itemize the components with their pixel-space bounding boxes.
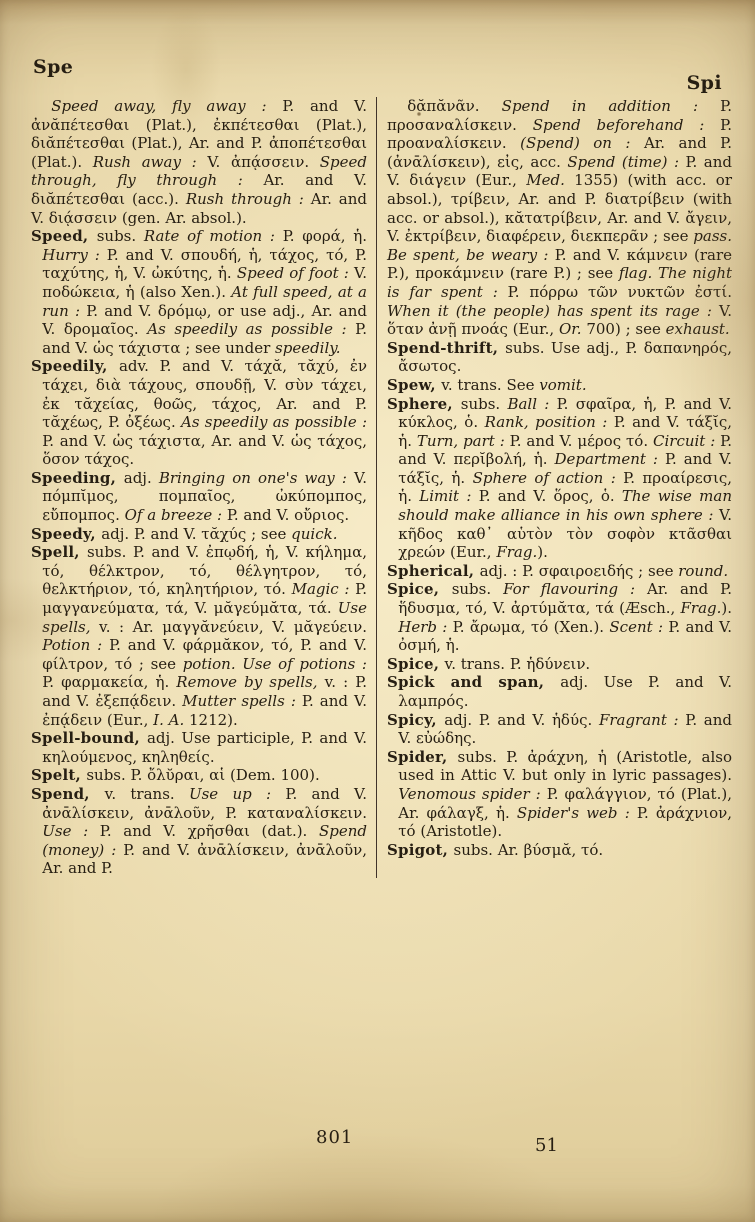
roman-text: P. — [42, 673, 61, 691]
greek-text: εὐώδης. — [416, 729, 476, 747]
greek-text: φαλάγγιον, τό — [565, 785, 681, 803]
greek-text: ὡς τάχιστα, — [112, 432, 211, 450]
roman-text: adj. — [124, 469, 159, 487]
roman-text: P. — [225, 804, 247, 822]
roman-text: P. and V. — [86, 302, 158, 320]
english-gloss: Potion : — [42, 636, 109, 654]
english-gloss: Department : — [554, 450, 665, 468]
roman-text: (dat.). — [262, 822, 319, 840]
english-gloss: Spend in addition : — [502, 97, 721, 115]
greek-text: ὄλῠραι, αἱ — [147, 766, 230, 784]
dictionary-entry: Spice, subs. For flavouring : Ar. and P.… — [387, 580, 732, 654]
entry-continuation: δᾰπᾰνᾶν. Spend in addition : P. προσαναλ… — [387, 97, 732, 339]
dictionary-entry: Spice, v. trans. P. ἡδύνειν. — [387, 655, 732, 674]
roman-text: subs. — [97, 227, 144, 245]
greek-text: ἐπᾴδειν — [42, 711, 107, 729]
english-gloss: Venomous spider : — [398, 785, 546, 803]
roman-text: P. — [720, 116, 732, 134]
greek-text: ὀξέως. — [125, 413, 181, 431]
roman-text: 1212). — [189, 711, 238, 729]
english-gloss: (Spend) on : — [520, 134, 644, 152]
roman-text: P. and V. — [664, 395, 732, 413]
greek-text: τᾰχέως, — [42, 413, 108, 431]
greek-text: ἀνᾱλίσκειν — [393, 153, 480, 171]
greek-text: ἄγειν, — [685, 209, 732, 227]
dictionary-entry: Speeding, adj. Bringing on one's way : V… — [31, 469, 367, 525]
english-gloss: Spider's web : — [517, 804, 637, 822]
english-gloss: Be spent, be weary : — [387, 246, 555, 264]
entry-continuation: Speed away, fly away : P. and V. ἀνᾰπέτε… — [31, 97, 367, 227]
greek-text: οὔριος. — [294, 506, 349, 524]
greek-text: μαγγανεύματα, τά, — [42, 599, 194, 617]
english-gloss: Or. — [559, 320, 586, 338]
roman-text: P. and V. — [555, 246, 627, 264]
roman-text: Ar. and P. — [519, 190, 605, 208]
roman-text: 700) ; see — [586, 320, 665, 338]
roman-text: P. and V. — [42, 432, 112, 450]
headword: Spell-bound, — [31, 729, 147, 747]
roman-text: P. — [508, 283, 530, 301]
greek-text: τρίβειν, — [451, 190, 519, 208]
roman-text: V. — [719, 302, 732, 320]
left-column: Speed away, fly away : P. and V. ἀνᾰπέτε… — [31, 97, 377, 878]
greek-text: σφαῖρα, ἡ, — [576, 395, 665, 413]
english-gloss: Speed away, fly away : — [51, 97, 282, 115]
greek-text: ἐκπέτεσθαι — [213, 116, 316, 134]
english-gloss: vomit. — [539, 376, 586, 394]
roman-text: P. — [547, 785, 565, 803]
greek-text: ὀσμή, ἡ. — [398, 636, 459, 654]
english-gloss: Med. — [526, 171, 574, 189]
roman-text: P. and V. — [107, 246, 181, 264]
english-gloss: flag. — [619, 264, 658, 282]
greek-text: σπουδή, ἡ, τάχος, τό, — [181, 246, 355, 264]
roman-text: P. — [453, 618, 470, 636]
roman-text: adj. Use P. and V. — [560, 673, 732, 691]
roman-text: acc. — [530, 153, 567, 171]
headword: Spelt, — [31, 766, 86, 784]
greek-text: προαναλίσκειν. — [387, 134, 520, 152]
roman-text: subs. Ar. — [454, 841, 524, 859]
roman-text: ). — [721, 599, 732, 617]
roman-text: (Eur., — [450, 543, 496, 561]
roman-text: subs. Use adj., P. — [505, 339, 644, 357]
headword: Spicy, — [387, 711, 444, 729]
english-gloss: Limit : — [419, 487, 478, 505]
dictionary-entry: Spider, subs. P. ἀράχνη, ἡ (Aristotle, a… — [387, 748, 732, 841]
roman-text: (Aristotle). — [420, 822, 502, 840]
greek-text: διᾰπέτεσθαι — [31, 134, 131, 152]
greek-text: κῆδος καθ᾽ αὑτὸν τὸν σοφὸν κτᾶσθαι χρεών — [398, 525, 732, 562]
signature-mark: 51 — [535, 1135, 558, 1156]
headword: Speedily, — [31, 357, 119, 375]
english-gloss: Use : — [42, 822, 100, 840]
greek-text: ταχύτης, ἡ, — [42, 264, 133, 282]
greek-text: λαμπρός. — [398, 692, 468, 710]
dictionary-entry: Speed, subs. Rate of motion : P. φορά, ἡ… — [31, 227, 367, 357]
headword: Spick and span, — [387, 673, 560, 691]
roman-text: V. — [493, 599, 511, 617]
roman-text: see — [663, 227, 693, 245]
roman-text: (Eur., — [513, 320, 559, 338]
roman-text: adj. P. and V. — [101, 525, 201, 543]
english-gloss: Ball : — [507, 395, 556, 413]
english-gloss: speedily. — [275, 339, 341, 357]
greek-text: σφαιροειδής ; — [539, 562, 648, 580]
english-gloss: quick. — [291, 525, 337, 543]
roman-text: Ar. and P. — [276, 395, 367, 413]
greek-text: φάρμᾰκον, τό, — [183, 636, 300, 654]
headword: Speed, — [31, 227, 97, 245]
roman-text: P. — [637, 804, 656, 822]
headword: Spherical, — [387, 562, 480, 580]
headword: Spell, — [31, 543, 87, 561]
dictionary-entry: Speedily, adv. P. and V. τάχᾰ, τᾰχύ, ἐν … — [31, 357, 367, 469]
roman-text: v. : Ar. — [99, 618, 162, 636]
roman-text: P. and V. — [227, 506, 294, 524]
roman-text: (Æsch., — [619, 599, 680, 617]
greek-text: ὡς τάχιστα ; — [93, 339, 195, 357]
roman-text: P. and V. — [100, 822, 188, 840]
headword: Spider, — [387, 748, 458, 766]
roman-text: (Plat.), — [146, 116, 213, 134]
headword: Spend-thrift, — [387, 339, 505, 357]
greek-text: δᾰπᾰνᾶν. — [407, 97, 501, 115]
roman-text: P. and V. — [123, 841, 197, 859]
roman-text: Ar. and V. — [263, 171, 367, 189]
headword: Speeding, — [31, 469, 124, 487]
roman-text: V. — [272, 618, 294, 636]
english-gloss: Of a breeze : — [125, 506, 227, 524]
greek-text: ἀπᾴσσειν. — [231, 153, 320, 171]
page-body: Speed away, fly away : P. and V. ἀνᾰπέτε… — [31, 97, 733, 878]
roman-text: Ar. and P. — [42, 859, 113, 877]
running-head-left: Spe — [33, 56, 73, 78]
roman-text: V. — [264, 376, 285, 394]
greek-text: ἐκτρίβειν, διαφέρειν, διεκπερᾶν ; — [405, 227, 663, 245]
greek-text: πόρρω τῶν νυκτῶν ἐστί. — [529, 283, 732, 301]
dictionary-entry: Spigot, subs. Ar. βύσμᾰ, τό. — [387, 841, 732, 860]
roman-text: (gen. Ar. absol.). — [122, 209, 247, 227]
english-gloss: Bringing on one's way : — [159, 469, 354, 487]
roman-text: P. and V. — [285, 785, 367, 803]
english-gloss: Mutter spells : — [182, 692, 302, 710]
english-gloss: Rank, position : — [485, 413, 614, 431]
greek-text: φαρμακεία, ἡ. — [61, 673, 176, 691]
headword: Spice, — [387, 655, 445, 673]
greek-text: περῐβολή, ἡ. — [453, 450, 554, 468]
roman-text: see — [261, 525, 291, 543]
headword: Spice, — [387, 580, 452, 598]
greek-text: μέρος τό. — [577, 432, 653, 450]
dictionary-entry: Spew, v. trans. See vomit. — [387, 376, 732, 395]
roman-text: V. — [354, 469, 367, 487]
dictionary-entry: Spend, v. trans. Use up : P. and V. ἀνᾱλ… — [31, 785, 367, 878]
greek-text: προκάμνειν — [415, 264, 510, 282]
greek-text: βύσμᾰ, τό. — [524, 841, 604, 859]
english-gloss: When it (the people) has spent its rage … — [387, 302, 719, 320]
roman-text: P. — [355, 246, 367, 264]
english-gloss: round. — [678, 562, 728, 580]
roman-text: V. — [207, 153, 231, 171]
greek-text: ἡδύς. — [552, 711, 599, 729]
roman-text: see — [151, 655, 183, 673]
headword: Speedy, — [31, 525, 101, 543]
roman-text: Ar. and V. — [211, 432, 291, 450]
headword: Spew, — [387, 376, 441, 394]
greek-text: διάγειν — [409, 171, 475, 189]
roman-text: P. — [355, 580, 367, 598]
roman-text: v. trans. — [105, 785, 189, 803]
greek-text: χρῆσθαι — [188, 822, 262, 840]
english-gloss: Rush through : — [186, 190, 311, 208]
english-gloss: potion. — [183, 655, 243, 673]
greek-text: ἄρωμα, τό — [470, 618, 554, 636]
roman-text: subs. P. — [86, 766, 147, 784]
roman-text: (rare P.) ; see — [510, 264, 619, 282]
english-gloss: Use of potions : — [242, 655, 367, 673]
english-gloss: Scent : — [609, 618, 668, 636]
roman-text: see under — [195, 339, 275, 357]
greek-text: τάξῐς, ἡ. — [398, 469, 472, 487]
english-gloss: Fragrant : — [599, 711, 685, 729]
roman-text: ), — [480, 153, 497, 171]
dictionary-entry: Sphere, subs. Ball : P. σφαῖρα, ἡ, P. an… — [387, 395, 732, 562]
roman-text: V. — [354, 264, 367, 282]
greek-text: ποδώκεια, ἡ — [42, 283, 140, 301]
greek-text: καταναλίσκειν. — [247, 804, 367, 822]
roman-text: P. and V. — [109, 636, 183, 654]
english-gloss: Frag. — [680, 599, 721, 617]
roman-text: see — [648, 562, 678, 580]
roman-text: (Plat.). — [31, 153, 93, 171]
roman-text: (Eur., — [475, 171, 526, 189]
roman-text: (also Xen.). — [140, 283, 231, 301]
roman-text: V. — [387, 227, 405, 245]
roman-text: P. — [720, 97, 732, 115]
right-column: δᾰπᾰνᾶν. Spend in addition : P. προσαναλ… — [377, 97, 732, 878]
roman-text: ). — [537, 543, 548, 561]
headword: Spend, — [31, 785, 105, 803]
dictionary-entry: Spend-thrift, subs. Use adj., P. δαπανηρ… — [387, 339, 732, 376]
greek-text: τᾰχύς ; — [201, 525, 261, 543]
english-gloss: Use up : — [189, 785, 285, 803]
roman-text: Ar. and P. — [647, 580, 732, 598]
roman-text: P. and V. — [300, 636, 367, 654]
greek-text: ἀνᾰπέτεσθαι — [31, 116, 146, 134]
dictionary-entry: Speedy, adj. P. and V. τᾰχύς ; see quick… — [31, 525, 367, 544]
greek-text: ἥδυσμα, τό, — [398, 599, 492, 617]
greek-text: ὠκύτης, ἡ. — [152, 264, 237, 282]
greek-text: προσαναλίσκειν. — [387, 116, 533, 134]
greek-text: ἐξεπᾴδειν. — [96, 692, 183, 710]
roman-text: Ar. and V. — [607, 209, 685, 227]
greek-text: ἀνᾱλίσκειν, ἀνᾱλοῦν, — [197, 841, 367, 859]
english-gloss: As speedily as possible : — [181, 413, 367, 431]
dictionary-entry: Spicy, adj. P. and V. ἡδύς. Fragrant : P… — [387, 711, 732, 748]
english-gloss: Turn, part : — [417, 432, 510, 450]
greek-text: μᾰγεύμᾰτα, τά. — [214, 599, 338, 617]
roman-text: (Plat.), Ar. and P. — [131, 134, 269, 152]
english-gloss: As speedily as possible : — [147, 320, 355, 338]
roman-text: P. — [108, 413, 125, 431]
roman-text: subs. — [452, 580, 503, 598]
greek-text: δρομαῖος. — [64, 320, 147, 338]
english-gloss: Speed of foot : — [237, 264, 354, 282]
english-gloss: Remove by spells, — [176, 673, 324, 691]
greek-text: μᾰγεύειν. — [294, 618, 367, 636]
roman-text: adv. P. and V. — [119, 357, 245, 375]
headword: Sphere, — [387, 395, 461, 413]
roman-text: adj. : P. — [480, 562, 539, 580]
roman-text: (Dem. 100). — [230, 766, 320, 784]
dictionary-entry: Spell, subs. P. and V. ἐπῳδή, ἡ, V. κήλη… — [31, 543, 367, 729]
dictionary-entry: Spelt, subs. P. ὄλῠραι, αἱ (Dem. 100). — [31, 766, 367, 785]
running-head-right: Spi — [687, 72, 722, 94]
roman-text: v. trans. P. — [445, 655, 527, 673]
roman-text: V. — [133, 264, 151, 282]
english-gloss: I. A. — [153, 711, 189, 729]
roman-text: (Xen.). — [554, 618, 610, 636]
english-gloss: pass. — [693, 227, 732, 245]
greek-text: μαγγᾰνεύειν, — [162, 618, 272, 636]
greek-text: εἰς, — [497, 153, 530, 171]
roman-text: V. — [195, 599, 214, 617]
roman-text: (Eur., — [107, 711, 153, 729]
roman-text: P. and V. — [479, 487, 554, 505]
english-gloss: Rush away : — [93, 153, 208, 171]
greek-text: κάμνειν — [627, 246, 694, 264]
roman-text: subs. P. — [458, 748, 528, 766]
roman-text: (acc.). — [132, 190, 186, 208]
greek-text: φορά, ἡ. — [302, 227, 367, 245]
roman-text: adj. P. and V. — [444, 711, 552, 729]
headword: Spigot, — [387, 841, 454, 859]
english-gloss: Sphere of action : — [473, 469, 624, 487]
roman-text: P. and V. — [302, 692, 367, 710]
english-gloss: Frag. — [496, 543, 537, 561]
english-gloss: Hurry : — [42, 246, 107, 264]
roman-text: V. — [719, 506, 732, 524]
english-gloss: Spend (time) : — [567, 153, 685, 171]
dictionary-entry: Spick and span, adj. Use P. and V. λαμπρ… — [387, 673, 732, 710]
dictionary-page: Spe Spi Speed away, fly away : P. and V.… — [0, 0, 755, 1222]
greek-text: ἐπῳδή, ἡ, — [206, 543, 286, 561]
greek-text: δρόμῳ, — [158, 302, 218, 320]
greek-text: ἀρτύμᾰτα, τά — [511, 599, 619, 617]
greek-text: ὅρος, ὁ. — [554, 487, 622, 505]
greek-text: διᾰπέτεσθαι — [31, 190, 132, 208]
greek-text: φάλαγξ, ἡ. — [427, 804, 517, 822]
greek-text: φίλτρον, τό ; — [42, 655, 150, 673]
dictionary-entry: Spell-bound, adj. Use participle, P. and… — [31, 729, 367, 766]
english-gloss: Rate of motion : — [144, 227, 283, 245]
greek-text: ἡδύνειν. — [526, 655, 590, 673]
roman-text: adj. Use participle, P. and V. — [147, 729, 367, 747]
roman-text: V. — [286, 543, 306, 561]
greek-text: κηλούμενος, κηληθείς. — [42, 748, 214, 766]
english-gloss: exhaust. — [666, 320, 730, 338]
english-gloss: Spend beforehand : — [533, 116, 720, 134]
roman-text: P. and V. — [665, 450, 732, 468]
greek-text: ἀποπέτεσθαι — [269, 134, 367, 152]
greek-text: κύκλος, ὁ. — [398, 413, 484, 431]
greek-text: ἀνᾱλίσκειν, ἀνᾱλοῦν, — [42, 804, 225, 822]
english-gloss: Magic : — [292, 580, 356, 598]
roman-text: P. — [623, 469, 642, 487]
english-gloss: For flavouring : — [503, 580, 647, 598]
roman-text: P. and V. — [510, 432, 578, 450]
greek-text: κᾰτατρίβειν, — [505, 209, 607, 227]
roman-text: subs. — [461, 395, 508, 413]
dictionary-entry: Spherical, adj. : P. σφαιροειδής ; see r… — [387, 562, 732, 581]
page-number: 801 — [316, 1127, 353, 1148]
roman-text: P. and V. — [668, 618, 732, 636]
greek-text: ἀράχνη, ἡ — [528, 748, 617, 766]
roman-text: P. — [557, 395, 576, 413]
roman-text: subs. P. and V. — [87, 543, 206, 561]
english-gloss: Circuit : — [653, 432, 720, 450]
english-gloss: Herb : — [398, 618, 452, 636]
greek-text: ὅταν ἀνῇ πνοάς — [387, 320, 513, 338]
roman-text: P. — [283, 227, 303, 245]
greek-text: διατρίβειν — [605, 190, 693, 208]
roman-text: (Plat.), — [316, 116, 367, 134]
roman-text: P. and V. — [614, 413, 686, 431]
roman-text: v. trans. See — [441, 376, 539, 394]
roman-text: P. and V. — [282, 97, 367, 115]
greek-text: διᾴσσειν — [49, 209, 122, 227]
